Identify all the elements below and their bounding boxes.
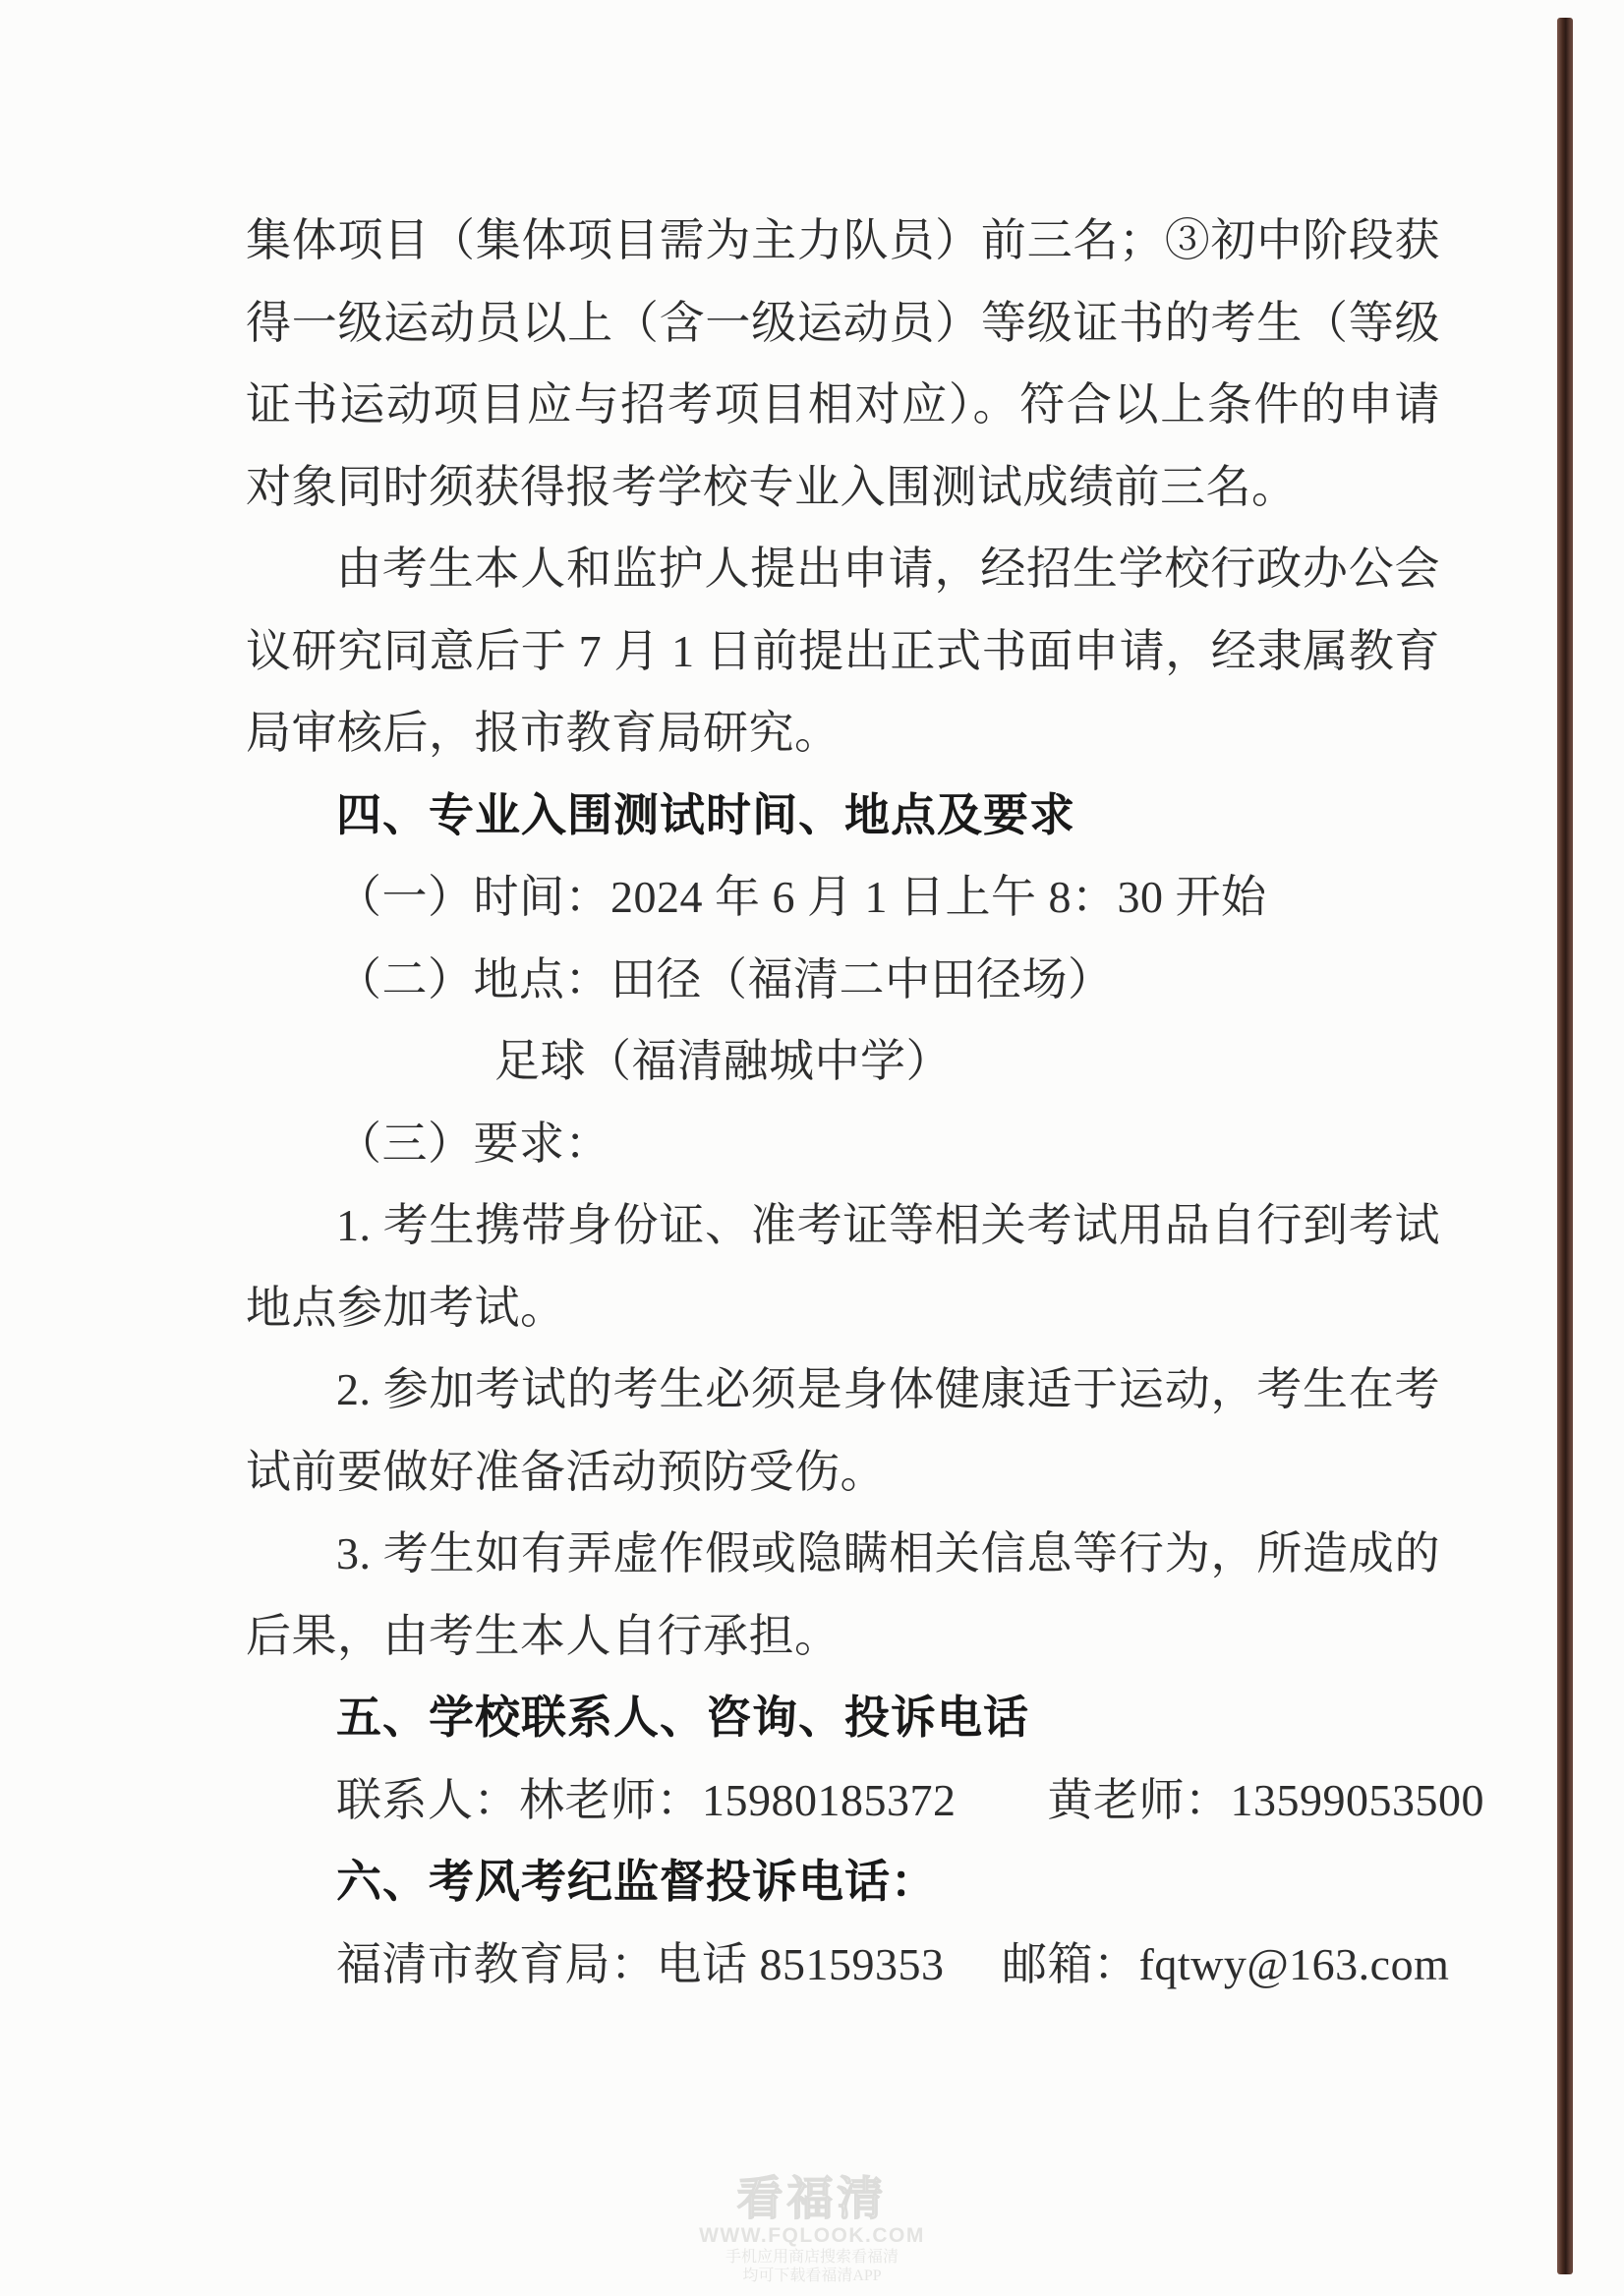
document-line: 由考生本人和监护人提出申请，经招生学校行政办公会 <box>246 528 1440 610</box>
document-line: 福清市教育局：电话 85159353 邮箱：fqtwy@163.com <box>246 1923 1440 2006</box>
document-line: 联系人：林老师：15980185372 黄老师：13599053500 <box>246 1759 1440 1842</box>
watermark-note-1: 手机应用商店搜索看福清 <box>0 2248 1624 2267</box>
binding-edge-line <box>1557 18 1573 2274</box>
document-line: 局审核后，报市教育局研究。 <box>246 692 1440 775</box>
document-line: （一）时间：2024 年 6 月 1 日上午 8：30 开始 <box>246 856 1440 939</box>
document-body: 集体项目（集体项目需为主力队员）前三名；③初中阶段获得一级运动员以上（含一级运动… <box>246 200 1440 2005</box>
watermark-url: WWW.FQLOOK.COM <box>0 2224 1624 2248</box>
document-line: 对象同时须获得报考学校专业入围测试成绩前三名。 <box>246 446 1440 529</box>
document-line: 六、考风考纪监督投诉电话： <box>246 1841 1440 1923</box>
document-line: 足球（福清融城中学） <box>246 1020 1440 1103</box>
watermark: 看福清 WWW.FQLOOK.COM 手机应用商店搜索看福清 均可下载看福清AP… <box>0 2174 1624 2285</box>
document-line: （二）地点：田径（福清二中田径场） <box>246 939 1440 1021</box>
document-line: 后果，由考生本人自行承担。 <box>246 1595 1440 1678</box>
document-line: 3. 考生如有弄虚作假或隐瞒相关信息等行为，所造成的 <box>246 1513 1440 1595</box>
watermark-note-2: 均可下载看福清APP <box>0 2267 1624 2285</box>
document-line: 2. 参加考试的考生必须是身体健康适于运动，考生在考 <box>246 1349 1440 1431</box>
document-line: 议研究同意后于 7 月 1 日前提出正式书面申请，经隶属教育 <box>246 610 1440 693</box>
document-line: 五、学校联系人、咨询、投诉电话 <box>246 1677 1440 1759</box>
document-line: 得一级运动员以上（含一级运动员）等级证书的考生（等级 <box>246 282 1440 365</box>
document-line: （三）要求： <box>246 1103 1440 1185</box>
document-line: 试前要做好准备活动预防受伤。 <box>246 1431 1440 1514</box>
watermark-title: 看福清 <box>0 2174 1624 2223</box>
document-line: 四、专业入围测试时间、地点及要求 <box>246 775 1440 857</box>
document-line: 证书运动项目应与招考项目相对应）。符合以上条件的申请 <box>246 364 1440 446</box>
document-line: 地点参加考试。 <box>246 1267 1440 1349</box>
document-page: 集体项目（集体项目需为主力队员）前三名；③初中阶段获得一级运动员以上（含一级运动… <box>0 0 1624 2296</box>
document-line: 集体项目（集体项目需为主力队员）前三名；③初中阶段获 <box>246 200 1440 282</box>
document-line: 1. 考生携带身份证、准考证等相关考试用品自行到考试 <box>246 1184 1440 1267</box>
